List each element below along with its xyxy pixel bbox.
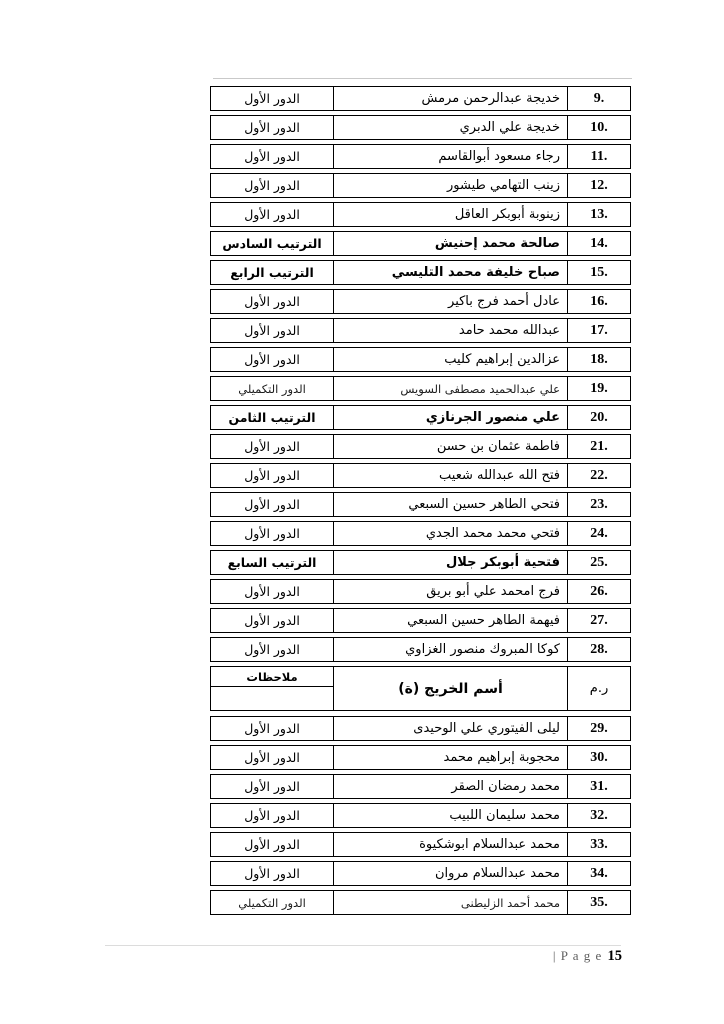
row-number-cell: 28. <box>568 638 630 661</box>
table-rows-top: 9. خديجة عبدالرحمن مرمش الدور الأول 10. … <box>210 86 631 662</box>
graduate-name-cell: محمد أحمد الزليطنى <box>333 891 568 914</box>
row-number-cell: 9. <box>568 87 630 110</box>
table-header-row: ر.م أسم الخريج (ة) ملاحظات <box>210 666 631 711</box>
row-number-cell: 20. <box>568 406 630 429</box>
row-number-cell: 29. <box>568 717 630 740</box>
table-row: 18. عزالدين إبراهيم كليب الدور الأول <box>210 347 631 372</box>
table-row: 12. زينب التهامي طيشور الدور الأول <box>210 173 631 198</box>
graduate-name-cell: عادل أحمد فرج باكير <box>333 290 568 313</box>
graduate-name-cell: فتحية أبوبكر جلال <box>333 551 568 574</box>
table-row: 19. علي عبدالحميد مصطفى السويس الدور الت… <box>210 376 631 401</box>
status-cell: الدور الأول <box>211 862 333 885</box>
row-number-cell: 11. <box>568 145 630 168</box>
table-row: 16. عادل أحمد فرج باكير الدور الأول <box>210 289 631 314</box>
row-number-cell: 14. <box>568 232 630 255</box>
status-cell: الدور الأول <box>211 493 333 516</box>
row-number-cell: 35. <box>568 891 630 914</box>
status-cell: الترتيب السادس <box>211 232 333 255</box>
table-row: 11. رجاء مسعود أبوالقاسم الدور الأول <box>210 144 631 169</box>
status-cell: الدور الأول <box>211 609 333 632</box>
status-cell: الترتيب الرابع <box>211 261 333 284</box>
page-footer: | P a g e 15 <box>553 948 622 965</box>
status-cell: الترتيب السابع <box>211 551 333 574</box>
graduate-name-cell: فتحي محمد محمد الجدي <box>333 522 568 545</box>
graduate-name-cell: محمد رمضان الصقر <box>333 775 568 798</box>
graduate-name-cell: زينب التهامي طيشور <box>333 174 568 197</box>
row-number-cell: 30. <box>568 746 630 769</box>
row-number-cell: 23. <box>568 493 630 516</box>
header-notes-label: ملاحظات <box>211 667 333 687</box>
graduate-name-cell: فتحي الطاهر حسين السبعي <box>333 493 568 516</box>
table-row: 34. محمد عبدالسلام مروان الدور الأول <box>210 861 631 886</box>
header-number-cell: ر.م <box>568 667 630 710</box>
status-cell: الدور الأول <box>211 174 333 197</box>
row-number-cell: 19. <box>568 377 630 400</box>
status-cell: الدور الأول <box>211 203 333 226</box>
table-rows-bottom: 29. ليلى الفيتوري علي الوحيدى الدور الأو… <box>210 716 631 915</box>
status-cell: الدور الأول <box>211 804 333 827</box>
graduate-name-cell: فيهمة الطاهر حسين السبعي <box>333 609 568 632</box>
table-row: 17. عبدالله محمد حامد الدور الأول <box>210 318 631 343</box>
status-cell: الدور الأول <box>211 145 333 168</box>
table-row: 27. فيهمة الطاهر حسين السبعي الدور الأول <box>210 608 631 633</box>
graduates-table: 9. خديجة عبدالرحمن مرمش الدور الأول 10. … <box>210 86 631 919</box>
status-cell: الدور الأول <box>211 522 333 545</box>
status-cell: الدور الأول <box>211 348 333 371</box>
row-number-cell: 10. <box>568 116 630 139</box>
table-row: 35. محمد أحمد الزليطنى الدور التكميلي <box>210 890 631 915</box>
row-number-cell: 26. <box>568 580 630 603</box>
row-number-cell: 27. <box>568 609 630 632</box>
table-row: 9. خديجة عبدالرحمن مرمش الدور الأول <box>210 86 631 111</box>
header-notes-empty <box>211 687 333 710</box>
row-number-cell: 34. <box>568 862 630 885</box>
table-row: 30. محجوبة إبراهيم محمد الدور الأول <box>210 745 631 770</box>
row-number-cell: 17. <box>568 319 630 342</box>
row-number-cell: 25. <box>568 551 630 574</box>
status-cell: الدور الأول <box>211 775 333 798</box>
row-number-cell: 22. <box>568 464 630 487</box>
status-cell: الدور الأول <box>211 435 333 458</box>
status-cell: الدور الأول <box>211 290 333 313</box>
graduate-name-cell: صباح خليفة محمد التليسي <box>333 261 568 284</box>
graduate-name-cell: رجاء مسعود أبوالقاسم <box>333 145 568 168</box>
table-row: 28. كوكا المبروك منصور الغزاوي الدور الأ… <box>210 637 631 662</box>
status-cell: الدور الأول <box>211 717 333 740</box>
graduate-name-cell: علي منصور الجرنازي <box>333 406 568 429</box>
status-cell: الدور الأول <box>211 319 333 342</box>
row-number-cell: 33. <box>568 833 630 856</box>
graduate-name-cell: فتح الله عبدالله شعيب <box>333 464 568 487</box>
row-number-cell: 31. <box>568 775 630 798</box>
graduate-name-cell: محمد عبدالسلام مروان <box>333 862 568 885</box>
table-row: 25. فتحية أبوبكر جلال الترتيب السابع <box>210 550 631 575</box>
graduate-name-cell: كوكا المبروك منصور الغزاوي <box>333 638 568 661</box>
table-row: 15. صباح خليفة محمد التليسي الترتيب الرا… <box>210 260 631 285</box>
table-top-remnant-line <box>213 78 632 79</box>
table-row: 26. فرج امحمد علي أبو بريق الدور الأول <box>210 579 631 604</box>
status-cell: الدور التكميلي <box>211 377 333 400</box>
document-page: { "document": { "language": "ar", "direc… <box>0 0 724 1024</box>
table-row: 32. محمد سليمان اللبيب الدور الأول <box>210 803 631 828</box>
row-number-cell: 18. <box>568 348 630 371</box>
row-number-cell: 16. <box>568 290 630 313</box>
graduate-name-cell: محجوبة إبراهيم محمد <box>333 746 568 769</box>
table-row: 29. ليلى الفيتوري علي الوحيدى الدور الأو… <box>210 716 631 741</box>
table-row: 22. فتح الله عبدالله شعيب الدور الأول <box>210 463 631 488</box>
status-cell: الدور الأول <box>211 87 333 110</box>
graduate-name-cell: ليلى الفيتوري علي الوحيدى <box>333 717 568 740</box>
status-cell: الدور الأول <box>211 580 333 603</box>
row-number-cell: 12. <box>568 174 630 197</box>
page-number: 15 <box>608 948 623 964</box>
row-number-cell: 15. <box>568 261 630 284</box>
graduate-name-cell: علي عبدالحميد مصطفى السويس <box>333 377 568 400</box>
graduate-name-cell: عزالدين إبراهيم كليب <box>333 348 568 371</box>
status-cell: الدور الأول <box>211 833 333 856</box>
footer-separator-line <box>105 945 621 946</box>
status-cell: الدور الأول <box>211 464 333 487</box>
table-row: 33. محمد عبدالسلام ابوشكيوة الدور الأول <box>210 832 631 857</box>
status-cell: الدور الأول <box>211 116 333 139</box>
table-row: 21. فاطمة عثمان بن حسن الدور الأول <box>210 434 631 459</box>
table-row: 23. فتحي الطاهر حسين السبعي الدور الأول <box>210 492 631 517</box>
table-row: 10. خديجة علي الدبري الدور الأول <box>210 115 631 140</box>
graduate-name-cell: خديجة عبدالرحمن مرمش <box>333 87 568 110</box>
graduate-name-cell: خديجة علي الدبري <box>333 116 568 139</box>
graduate-name-cell: فرج امحمد علي أبو بريق <box>333 580 568 603</box>
table-row: 20. علي منصور الجرنازي الترتيب الثامن <box>210 405 631 430</box>
table-row: 24. فتحي محمد محمد الجدي الدور الأول <box>210 521 631 546</box>
header-notes-cell: ملاحظات <box>211 667 333 710</box>
graduate-name-cell: عبدالله محمد حامد <box>333 319 568 342</box>
graduate-name-cell: زينوبة أبوبكر العاقل <box>333 203 568 226</box>
status-cell: الترتيب الثامن <box>211 406 333 429</box>
graduate-name-cell: فاطمة عثمان بن حسن <box>333 435 568 458</box>
table-row: 13. زينوبة أبوبكر العاقل الدور الأول <box>210 202 631 227</box>
header-name-cell: أسم الخريج (ة) <box>333 667 568 710</box>
graduate-name-cell: صالحة محمد إحنيش <box>333 232 568 255</box>
graduate-name-cell: محمد عبدالسلام ابوشكيوة <box>333 833 568 856</box>
row-number-cell: 24. <box>568 522 630 545</box>
status-cell: الدور الأول <box>211 746 333 769</box>
status-cell: الدور التكميلي <box>211 891 333 914</box>
table-row: 14. صالحة محمد إحنيش الترتيب السادس <box>210 231 631 256</box>
graduate-name-cell: محمد سليمان اللبيب <box>333 804 568 827</box>
page-label: | P a g e <box>553 948 602 963</box>
row-number-cell: 13. <box>568 203 630 226</box>
row-number-cell: 32. <box>568 804 630 827</box>
status-cell: الدور الأول <box>211 638 333 661</box>
row-number-cell: 21. <box>568 435 630 458</box>
table-row: 31. محمد رمضان الصقر الدور الأول <box>210 774 631 799</box>
